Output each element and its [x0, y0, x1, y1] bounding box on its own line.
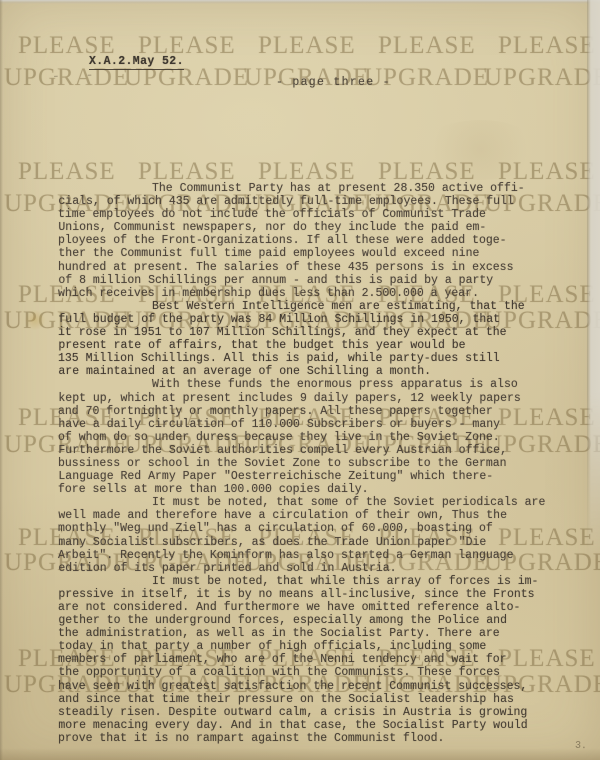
- text-line: pressive in itself, it is by no means al…: [58, 588, 552, 601]
- text-line: and since that time their pressure on th…: [58, 693, 552, 706]
- text-line: have a daily circulation of 110.000 Subs…: [58, 418, 552, 431]
- typed-layer: - - X.A.2.May 52. - page three - The Com…: [0, 0, 600, 760]
- paragraph: Best Western Intelligence men are estima…: [58, 300, 552, 379]
- text-line: Arbeit". Recently the Kominform has also…: [58, 549, 552, 562]
- text-line: cials, of which 435 are admittedly full-…: [58, 195, 552, 208]
- text-line: today in that party a number of high off…: [58, 640, 552, 653]
- paragraph: It must be noted, that some of the Sovie…: [58, 496, 552, 575]
- text-line: time employees do not include the offici…: [58, 208, 552, 221]
- text-line: Language Red Army Paper "Oesterreichisch…: [58, 470, 552, 483]
- text-line: steadily risen. Despite outward calm, a …: [58, 706, 552, 719]
- stain: [420, 120, 540, 180]
- text-line: monthly "Weg und Ziel" has a circulation…: [58, 522, 552, 535]
- text-line: The Communist Party has at present 28.35…: [58, 182, 552, 195]
- text-line: present rate of affairs, that the budget…: [58, 339, 552, 352]
- paragraph: The Communist Party has at present 28.35…: [58, 182, 552, 300]
- text-line: hundred at present. The salaries of thes…: [58, 261, 552, 274]
- text-line: gether to the underground forces, especi…: [58, 614, 552, 627]
- text-line: Unions, Communist newspapers, nor do the…: [58, 221, 552, 234]
- header-reference: X.A.2.May 52.: [89, 55, 184, 70]
- stain: [24, 310, 46, 330]
- text-line: many Socialist subscribers, as does the …: [58, 536, 552, 549]
- text-line: are not considered. And furthermore we h…: [58, 601, 552, 614]
- text-line: and 70 fortnightly or monthly papers. Al…: [58, 405, 552, 418]
- scan-edge-right: [587, 0, 600, 560]
- text-line: of 8 million Schillings per annum - and …: [58, 274, 552, 287]
- page-label: - page three -: [276, 76, 391, 89]
- text-line: It must be noted, that while this array …: [58, 575, 552, 588]
- text-line: the opportunity of a coalition with the …: [58, 666, 552, 679]
- scan-edge-top: [0, 0, 600, 4]
- text-line: prove that it is no rampart against the …: [58, 732, 552, 745]
- text-line: have seen with greatest satisfaction the…: [58, 680, 552, 693]
- text-line: of whom do so under duress because they …: [58, 431, 552, 444]
- scan-edge-left: [0, 0, 3, 760]
- text-line: it rose in 1951 to 107 Million Schilling…: [58, 326, 552, 339]
- text-line: kept up, which at present includes 9 dai…: [58, 392, 552, 405]
- text-line: Furthermore the Soviet authorities compe…: [58, 444, 552, 457]
- text-line: With these funds the enormous press appa…: [58, 378, 552, 391]
- text-line: Best Western Intelligence men are estima…: [58, 300, 552, 313]
- text-line: the administration, as well as in the So…: [58, 627, 552, 640]
- text-line: well made and therefore have a circulati…: [58, 509, 552, 522]
- text-line: members of parliament, who are of the Ne…: [58, 653, 552, 666]
- scanned-document-page: PLEASEPLEASEPLEASEPLEASEPLEASEPLEASEPLEA…: [0, 0, 600, 760]
- text-line: more menacing every day. And in that cas…: [58, 719, 552, 732]
- text-line: It must be noted, that some of the Sovie…: [58, 496, 552, 509]
- text-line: full budget of the party was 84 Million …: [58, 313, 552, 326]
- text-line: are maintained at an average of one Schi…: [58, 365, 552, 378]
- text-line: 135 Million Schillings. All this is paid…: [58, 352, 552, 365]
- text-line: ther the Communist full time paid employ…: [58, 247, 552, 260]
- text-line: ployees of the Front-Organizations. If a…: [58, 234, 552, 247]
- text-line: which receives in membership dues less t…: [58, 287, 552, 300]
- scan-edge-bottom: [0, 748, 600, 760]
- paragraph: It must be noted, that while this array …: [58, 575, 552, 745]
- text-line: fore sells at more than 100.000 copies d…: [58, 483, 552, 496]
- text-line: edition of its paper printed and sold in…: [58, 562, 552, 575]
- paragraph: With these funds the enormous press appa…: [58, 378, 552, 496]
- body-text: The Communist Party has at present 28.35…: [58, 182, 552, 745]
- text-line: bussiness or school in the Soviet Zone t…: [58, 457, 552, 470]
